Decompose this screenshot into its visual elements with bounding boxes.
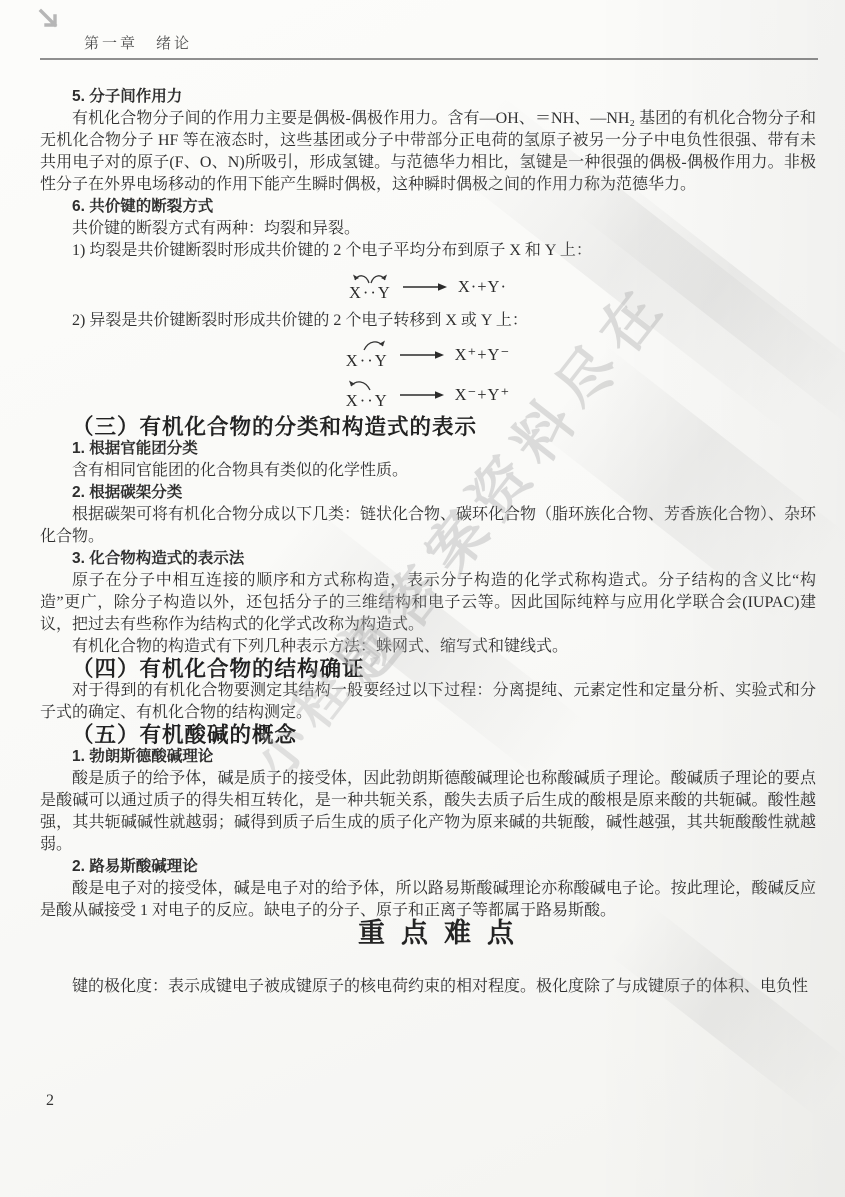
item-title-3-3: 3. 化合物构造式的表示法 [40,548,816,570]
item-title-3-2: 2. 根据碳架分类 [40,482,816,504]
reaction-arrow-icon [402,282,448,292]
scanned-textbook-page: 题答案资料尽在 小程序 第一章 绪论 5. 分子间作用力 有机化合物分子间的作用… [0,0,845,1197]
item-title-3-1: 1. 根据官能团分类 [40,438,816,460]
paragraph-heterolysis: 2) 异裂是共价键断裂时形成共价键的 2 个电子转移到 X 或 Y 上： [40,310,816,332]
paragraph-functional-groups: 含有相同官能团的化合物具有类似的化学性质。 [40,460,816,482]
paragraph-polarizability: 键的极化度：表示成键电子被成键原子的核电荷约束的相对程度。极化度除了与成键原子的… [40,976,816,998]
paragraph-intermolecular-forces: 有机化合物分子间的作用力主要是偶极-偶极作用力。含有—OH、＝NH、—NH₂ 基… [40,108,816,196]
corner-arrow-icon [36,8,66,41]
key-points-heading: 重点难点 [40,922,816,944]
paragraph-structure-confirmation: 对于得到的有机化合物要测定其结构一般要经过以下过程：分离提纯、元素定性和定量分析… [40,680,816,724]
bond-lhs: X··Y [346,391,389,410]
section-heading-5: （五）有机酸碱的概念 [40,724,816,746]
reaction-arrow-icon [399,390,445,400]
equation-homolysis: X··Y X·+Y· [40,270,816,304]
equation-heterolysis-1: X··Y X⁺+Y⁻ [40,338,816,372]
paragraph-bronsted-theory: 酸是质子的给予体，碱是质子的接受体，因此勃朗斯德酸碱理论也称酸碱质子理论。酸碱质… [40,768,816,856]
paragraph-bond-cleavage: 共价键的断裂方式有两种：均裂和异裂。 [40,218,816,240]
paragraph-carbon-skeleton: 根据碳架可将有机化合物分成以下几类：链状化合物、碳环化合物（脂环族化合物、芳香族… [40,504,816,548]
paragraph-structural-formula: 原子在分子中相互连接的顺序和方式称构造，表示分子构造的化学式称构造式。分子结构的… [40,570,816,636]
equation-rhs: X⁻+Y⁺ [455,384,511,406]
equation-heterolysis-2: X··Y X⁻+Y⁺ [40,378,816,412]
page-number: 2 [46,1092,54,1110]
bond-lhs: X··Y [349,283,392,302]
electron-curved-arrow-icon [344,339,390,352]
item-title-6: 6. 共价键的断裂方式 [40,196,816,218]
item-title-5-2: 2. 路易斯酸碱理论 [40,856,816,878]
bond-formula: X··Y [346,378,389,412]
equation-rhs: X·+Y· [458,276,507,298]
electron-curved-arrow-icon [344,379,390,392]
bond-lhs: X··Y [346,351,389,370]
equation-rhs: X⁺+Y⁻ [455,344,511,366]
item-title-5-1: 1. 勃朗斯德酸碱理论 [40,746,816,768]
page-content: 5. 分子间作用力 有机化合物分子间的作用力主要是偶极-偶极作用力。含有—OH、… [40,86,816,998]
paragraph-lewis-theory: 酸是电子对的接受体，碱是电子对的给予体，所以路易斯酸碱理论亦称酸碱电子论。按此理… [40,878,816,922]
bond-formula: X··Y [349,270,392,304]
bond-formula: X··Y [346,338,389,372]
electron-fishhook-arrows-icon [347,271,393,284]
section-heading-3: （三）有机化合物的分类和构造式的表示 [40,416,816,438]
chapter-header: 第一章 绪论 [84,32,192,53]
paragraph-formula-types: 有机化合物的构造式有下列几种表示方法：蛛网式、缩写式和键线式。 [40,636,816,658]
header-divider [40,58,818,60]
paragraph-homolysis: 1) 均裂是共价键断裂时形成共价键的 2 个电子平均分布到原子 X 和 Y 上： [40,240,816,262]
reaction-arrow-icon [399,350,445,360]
section-heading-4: （四）有机化合物的结构确证 [40,658,816,680]
item-title-5: 5. 分子间作用力 [40,86,816,108]
